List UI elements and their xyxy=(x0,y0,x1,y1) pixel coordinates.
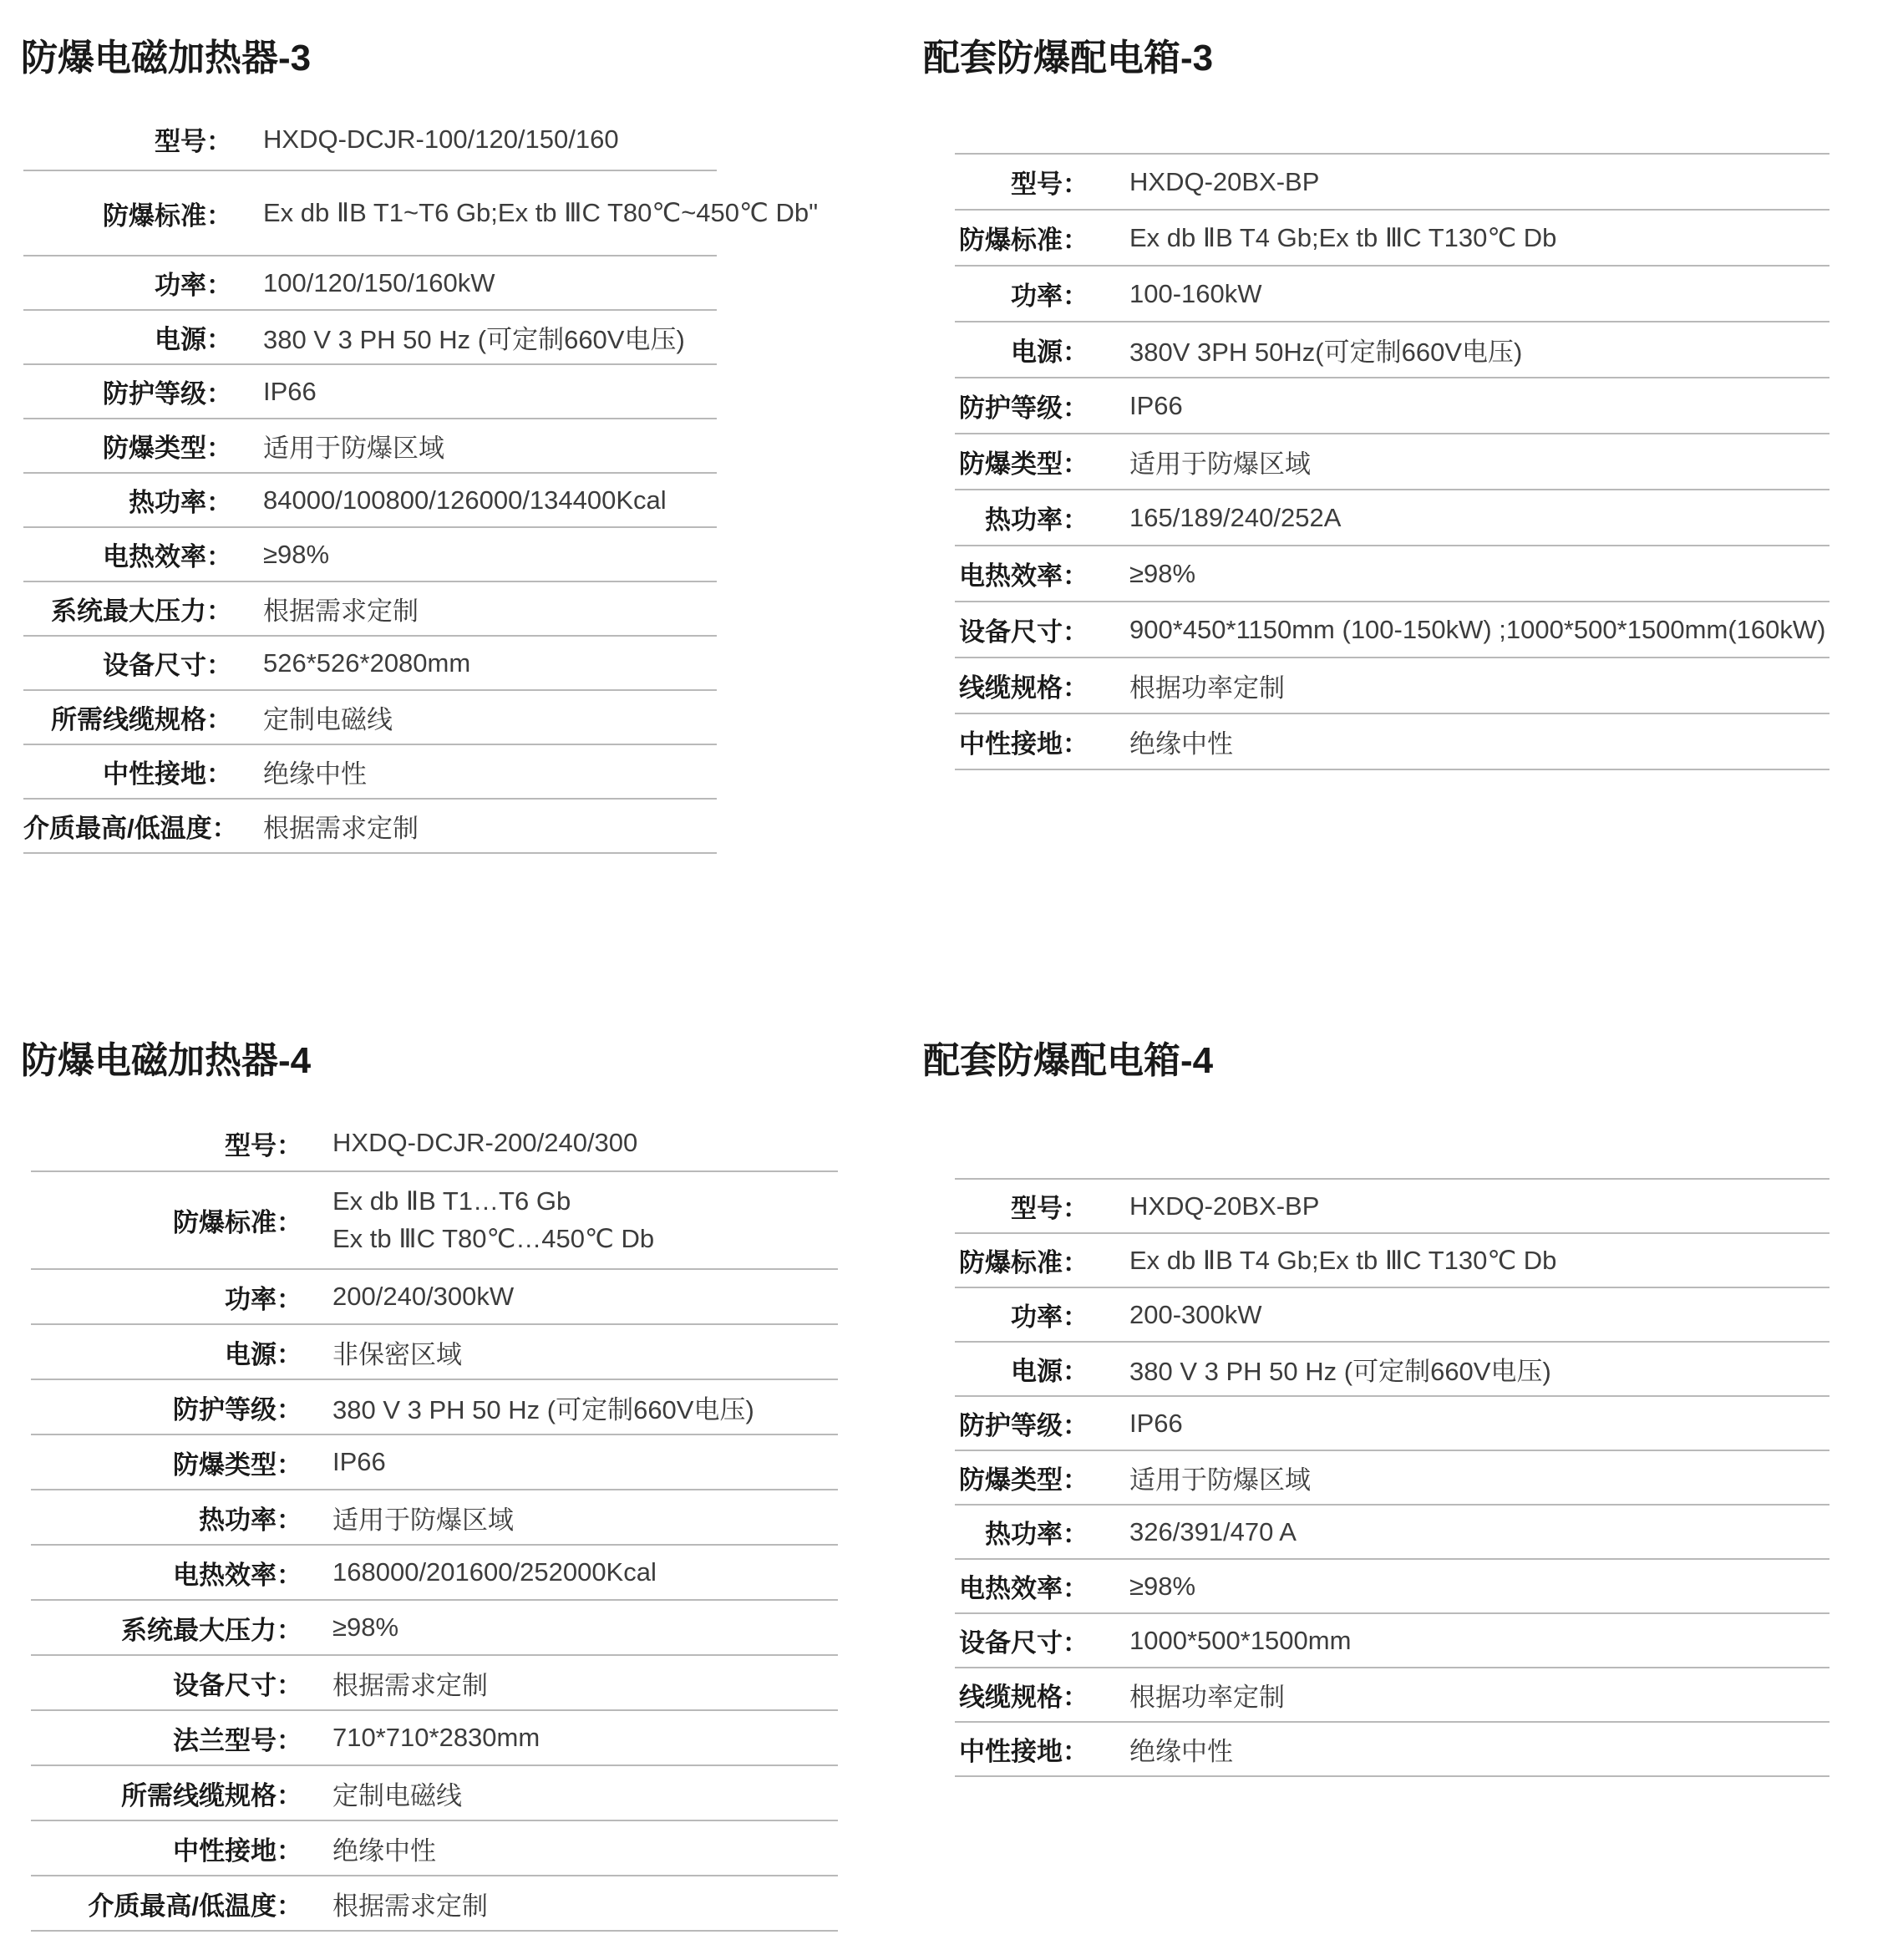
table-row: 中性接地： 绝缘中性 xyxy=(23,745,717,800)
row-value: 1000*500*1500mm xyxy=(1089,1626,1351,1656)
table-row: 功率： 200-300kW xyxy=(955,1288,1829,1343)
row-value: HXDQ-20BX-BP xyxy=(1089,1191,1319,1221)
table-row: 功率： 100/120/150/160kW xyxy=(23,256,717,311)
row-label: 防爆类型： xyxy=(23,427,232,465)
row-value: Ex db ⅡB T4 Gb;Ex tb ⅢC T130℃ Db xyxy=(1089,1246,1556,1276)
row-label: 线缆规格： xyxy=(955,1676,1089,1714)
row-value: IP66 xyxy=(1089,1409,1183,1439)
table-row: 防爆类型： 适用于防爆区域 xyxy=(955,434,1829,490)
row-value: HXDQ-DCJR-100/120/150/160 xyxy=(232,124,619,155)
row-label: 设备尺寸： xyxy=(955,1622,1089,1659)
row-label: 所需线缆规格： xyxy=(31,1775,302,1812)
spec-table-heater-4: 型号： HXDQ-DCJR-200/240/300 防爆标准： Ex db ⅡB… xyxy=(31,1115,838,1932)
row-value: ≥98% xyxy=(302,1612,398,1643)
table-row: 系统最大压力： ≥98% xyxy=(31,1601,838,1656)
row-label: 介质最高/低温度： xyxy=(31,1885,302,1922)
table-row: 防护等级： IP66 xyxy=(23,365,717,419)
row-value: 非保密区域 xyxy=(302,1333,462,1371)
table-row: 设备尺寸： 900*450*1150mm (100-150kW) ;1000*5… xyxy=(955,602,1829,658)
row-value: 380 V 3 PH 50 Hz (可定制660V电压) xyxy=(302,1389,754,1426)
table-row: 防护等级： IP66 xyxy=(955,1397,1829,1451)
table-row: 中性接地： 绝缘中性 xyxy=(955,1723,1829,1777)
row-value: ≥98% xyxy=(1089,1572,1195,1602)
row-value: 526*526*2080mm xyxy=(232,648,470,678)
table-row: 防爆类型： 适用于防爆区域 xyxy=(23,419,717,474)
row-value: 根据需求定制 xyxy=(232,807,419,845)
row-value: 适用于防爆区域 xyxy=(1089,443,1311,480)
row-value: 900*450*1150mm (100-150kW) ;1000*500*150… xyxy=(1089,615,1825,645)
row-label: 防爆标准： xyxy=(955,1242,1089,1279)
row-label: 型号： xyxy=(955,1187,1089,1225)
spec-table-box-3: 型号： HXDQ-20BX-BP 防爆标准： Ex db ⅡB T4 Gb;Ex… xyxy=(955,153,1829,770)
table-row: 防爆标准： Ex db ⅡB T1…T6 Gb Ex tb ⅢC T80℃…45… xyxy=(31,1172,838,1270)
row-value: 适用于防爆区域 xyxy=(232,427,444,465)
table-row: 所需线缆规格： 定制电磁线 xyxy=(23,691,717,745)
row-value: 326/391/470 A xyxy=(1089,1517,1297,1547)
row-label: 型号： xyxy=(31,1125,302,1162)
table-row: 功率： 100-160kW xyxy=(955,267,1829,322)
row-value: 绝缘中性 xyxy=(302,1830,436,1867)
row-value: Ex db ⅡB T4 Gb;Ex tb ⅢC T130℃ Db xyxy=(1089,223,1556,253)
table-row: 防爆标准： Ex db ⅡB T4 Gb;Ex tb ⅢC T130℃ Db xyxy=(955,1234,1829,1288)
row-label: 电热效率： xyxy=(31,1554,302,1592)
row-label: 中性接地： xyxy=(31,1830,302,1867)
table-row: 介质最高/低温度： 根据需求定制 xyxy=(23,800,717,854)
row-label: 热功率： xyxy=(955,499,1089,536)
row-value: IP66 xyxy=(232,377,317,407)
row-value: ≥98% xyxy=(1089,559,1195,589)
row-value: 165/189/240/252A xyxy=(1089,503,1341,533)
row-label: 设备尺寸： xyxy=(23,644,232,682)
row-label: 防护等级： xyxy=(31,1389,302,1426)
row-label: 设备尺寸： xyxy=(955,611,1089,648)
table-row: 热功率： 326/391/470 A xyxy=(955,1506,1829,1560)
row-value: 380V 3PH 50Hz(可定制660V电压) xyxy=(1089,331,1522,368)
table-row: 防护等级： 380 V 3 PH 50 Hz (可定制660V电压) xyxy=(31,1380,838,1435)
row-value: 定制电磁线 xyxy=(302,1775,462,1812)
row-label: 防爆标准： xyxy=(31,1201,302,1239)
row-label: 防爆类型： xyxy=(955,443,1089,480)
table-row: 所需线缆规格： 定制电磁线 xyxy=(31,1766,838,1821)
row-value: 168000/201600/252000Kcal xyxy=(302,1557,657,1587)
table-row: 中性接地： 绝缘中性 xyxy=(955,714,1829,770)
table-row: 电热效率： ≥98% xyxy=(23,528,717,582)
table-row: 电源： 380 V 3 PH 50 Hz (可定制660V电压) xyxy=(955,1343,1829,1397)
row-label: 所需线缆规格： xyxy=(23,698,232,736)
table-row: 功率： 200/240/300kW xyxy=(31,1270,838,1325)
row-label: 防爆类型： xyxy=(31,1444,302,1481)
row-value: 绝缘中性 xyxy=(1089,723,1233,760)
table-row: 电源： 380V 3PH 50Hz(可定制660V电压) xyxy=(955,322,1829,378)
heater4-title: 防爆电磁加热器-4 xyxy=(21,1039,311,1084)
table-row: 防爆类型： 适用于防爆区域 xyxy=(955,1451,1829,1506)
table-row: 型号： HXDQ-DCJR-200/240/300 xyxy=(31,1115,838,1172)
table-row: 电源： 380 V 3 PH 50 Hz (可定制660V电压) xyxy=(23,311,717,365)
row-value: Ex db ⅡB T1…T6 Gb Ex tb ⅢC T80℃…450℃ Db xyxy=(302,1183,654,1258)
row-label: 电热效率： xyxy=(955,1567,1089,1605)
spec-table-box-4: 型号： HXDQ-20BX-BP 防爆标准： Ex db ⅡB T4 Gb;Ex… xyxy=(955,1178,1829,1777)
row-value: 根据需求定制 xyxy=(302,1664,488,1702)
row-label: 防爆标准： xyxy=(955,219,1089,256)
row-value: 定制电磁线 xyxy=(232,698,393,736)
row-label: 型号： xyxy=(23,120,232,158)
row-value: 绝缘中性 xyxy=(232,753,367,790)
row-label: 电源： xyxy=(955,331,1089,368)
row-label: 法兰型号： xyxy=(31,1719,302,1757)
row-label: 热功率： xyxy=(23,481,232,519)
spec-table-heater-3: 型号： HXDQ-DCJR-100/120/150/160 防爆标准： Ex d… xyxy=(23,109,717,854)
row-label: 防护等级： xyxy=(23,373,232,410)
table-row: 型号： HXDQ-20BX-BP xyxy=(955,1180,1829,1234)
table-row: 设备尺寸： 1000*500*1500mm xyxy=(955,1614,1829,1668)
row-value: ≥98% xyxy=(232,540,329,570)
row-value: 适用于防爆区域 xyxy=(1089,1459,1311,1496)
row-value: 适用于防爆区域 xyxy=(302,1499,514,1536)
table-row: 线缆规格： 根据功率定制 xyxy=(955,1668,1829,1723)
row-label: 型号： xyxy=(955,163,1089,201)
table-row: 设备尺寸： 526*526*2080mm xyxy=(23,637,717,691)
table-row: 设备尺寸： 根据需求定制 xyxy=(31,1656,838,1711)
row-value: 84000/100800/126000/134400Kcal xyxy=(232,485,667,515)
row-value: 绝缘中性 xyxy=(1089,1730,1233,1768)
row-label: 系统最大压力： xyxy=(31,1609,302,1647)
table-row: 热功率： 84000/100800/126000/134400Kcal xyxy=(23,474,717,528)
row-label: 热功率： xyxy=(955,1513,1089,1551)
table-row: 防爆标准： Ex db ⅡB T4 Gb;Ex tb ⅢC T130℃ Db xyxy=(955,211,1829,267)
row-label: 中性接地： xyxy=(23,753,232,790)
row-value: 200/240/300kW xyxy=(302,1282,514,1312)
table-row: 线缆规格： 根据功率定制 xyxy=(955,658,1829,714)
row-value: 380 V 3 PH 50 Hz (可定制660V电压) xyxy=(1089,1350,1551,1388)
row-label: 电源： xyxy=(955,1350,1089,1388)
box4-title: 配套防爆配电箱-4 xyxy=(923,1039,1213,1084)
table-row: 系统最大压力： 根据需求定制 xyxy=(23,582,717,637)
row-value: 100-160kW xyxy=(1089,279,1262,309)
row-value: 根据需求定制 xyxy=(232,590,419,627)
row-label: 系统最大压力： xyxy=(23,590,232,627)
row-label: 电热效率： xyxy=(23,536,232,573)
table-row: 中性接地： 绝缘中性 xyxy=(31,1821,838,1876)
row-label: 功率： xyxy=(31,1278,302,1316)
row-value: 200-300kW xyxy=(1089,1300,1262,1330)
row-label: 防护等级： xyxy=(955,387,1089,424)
row-label: 功率： xyxy=(955,1296,1089,1333)
table-row: 防爆类型： IP66 xyxy=(31,1435,838,1490)
heater3-title: 防爆电磁加热器-3 xyxy=(21,37,311,81)
table-row: 介质最高/低温度： 根据需求定制 xyxy=(31,1876,838,1932)
row-label: 功率： xyxy=(23,264,232,302)
row-value: 根据需求定制 xyxy=(302,1885,488,1922)
row-value: 710*710*2830mm xyxy=(302,1723,540,1753)
row-label: 介质最高/低温度： xyxy=(23,807,232,845)
table-row: 防爆标准： Ex db ⅡB T1~T6 Gb;Ex tb ⅢC T80℃~45… xyxy=(23,171,717,256)
row-value: 380 V 3 PH 50 Hz (可定制660V电压) xyxy=(232,318,685,356)
table-row: 电热效率： 168000/201600/252000Kcal xyxy=(31,1546,838,1601)
table-row: 电源： 非保密区域 xyxy=(31,1325,838,1380)
table-row: 型号： HXDQ-DCJR-100/120/150/160 xyxy=(23,109,717,171)
row-label: 电热效率： xyxy=(955,555,1089,592)
table-row: 热功率： 适用于防爆区域 xyxy=(31,1490,838,1546)
table-row: 热功率： 165/189/240/252A xyxy=(955,490,1829,546)
row-value: Ex db ⅡB T1~T6 Gb;Ex tb ⅢC T80℃~450℃ Db" xyxy=(232,198,818,228)
table-row: 法兰型号： 710*710*2830mm xyxy=(31,1711,838,1766)
row-value: 根据功率定制 xyxy=(1089,1676,1285,1714)
row-label: 线缆规格： xyxy=(955,667,1089,704)
row-label: 防爆标准： xyxy=(23,195,232,232)
row-label: 防护等级： xyxy=(955,1404,1089,1442)
row-value: HXDQ-DCJR-200/240/300 xyxy=(302,1128,637,1158)
table-row: 电热效率： ≥98% xyxy=(955,546,1829,602)
row-label: 防爆类型： xyxy=(955,1459,1089,1496)
row-value: 100/120/150/160kW xyxy=(232,268,495,298)
row-label: 功率： xyxy=(955,275,1089,312)
row-value: IP66 xyxy=(1089,391,1183,421)
table-row: 电热效率： ≥98% xyxy=(955,1560,1829,1614)
row-label: 中性接地： xyxy=(955,723,1089,760)
row-label: 中性接地： xyxy=(955,1730,1089,1768)
row-label: 热功率： xyxy=(31,1499,302,1536)
table-row: 防护等级： IP66 xyxy=(955,378,1829,434)
row-value: 根据功率定制 xyxy=(1089,667,1285,704)
box3-title: 配套防爆配电箱-3 xyxy=(923,37,1213,81)
table-row: 型号： HXDQ-20BX-BP xyxy=(955,155,1829,211)
row-value: IP66 xyxy=(302,1447,386,1477)
row-value: HXDQ-20BX-BP xyxy=(1089,167,1319,197)
row-label: 电源： xyxy=(31,1333,302,1371)
row-label: 电源： xyxy=(23,318,232,356)
row-label: 设备尺寸： xyxy=(31,1664,302,1702)
